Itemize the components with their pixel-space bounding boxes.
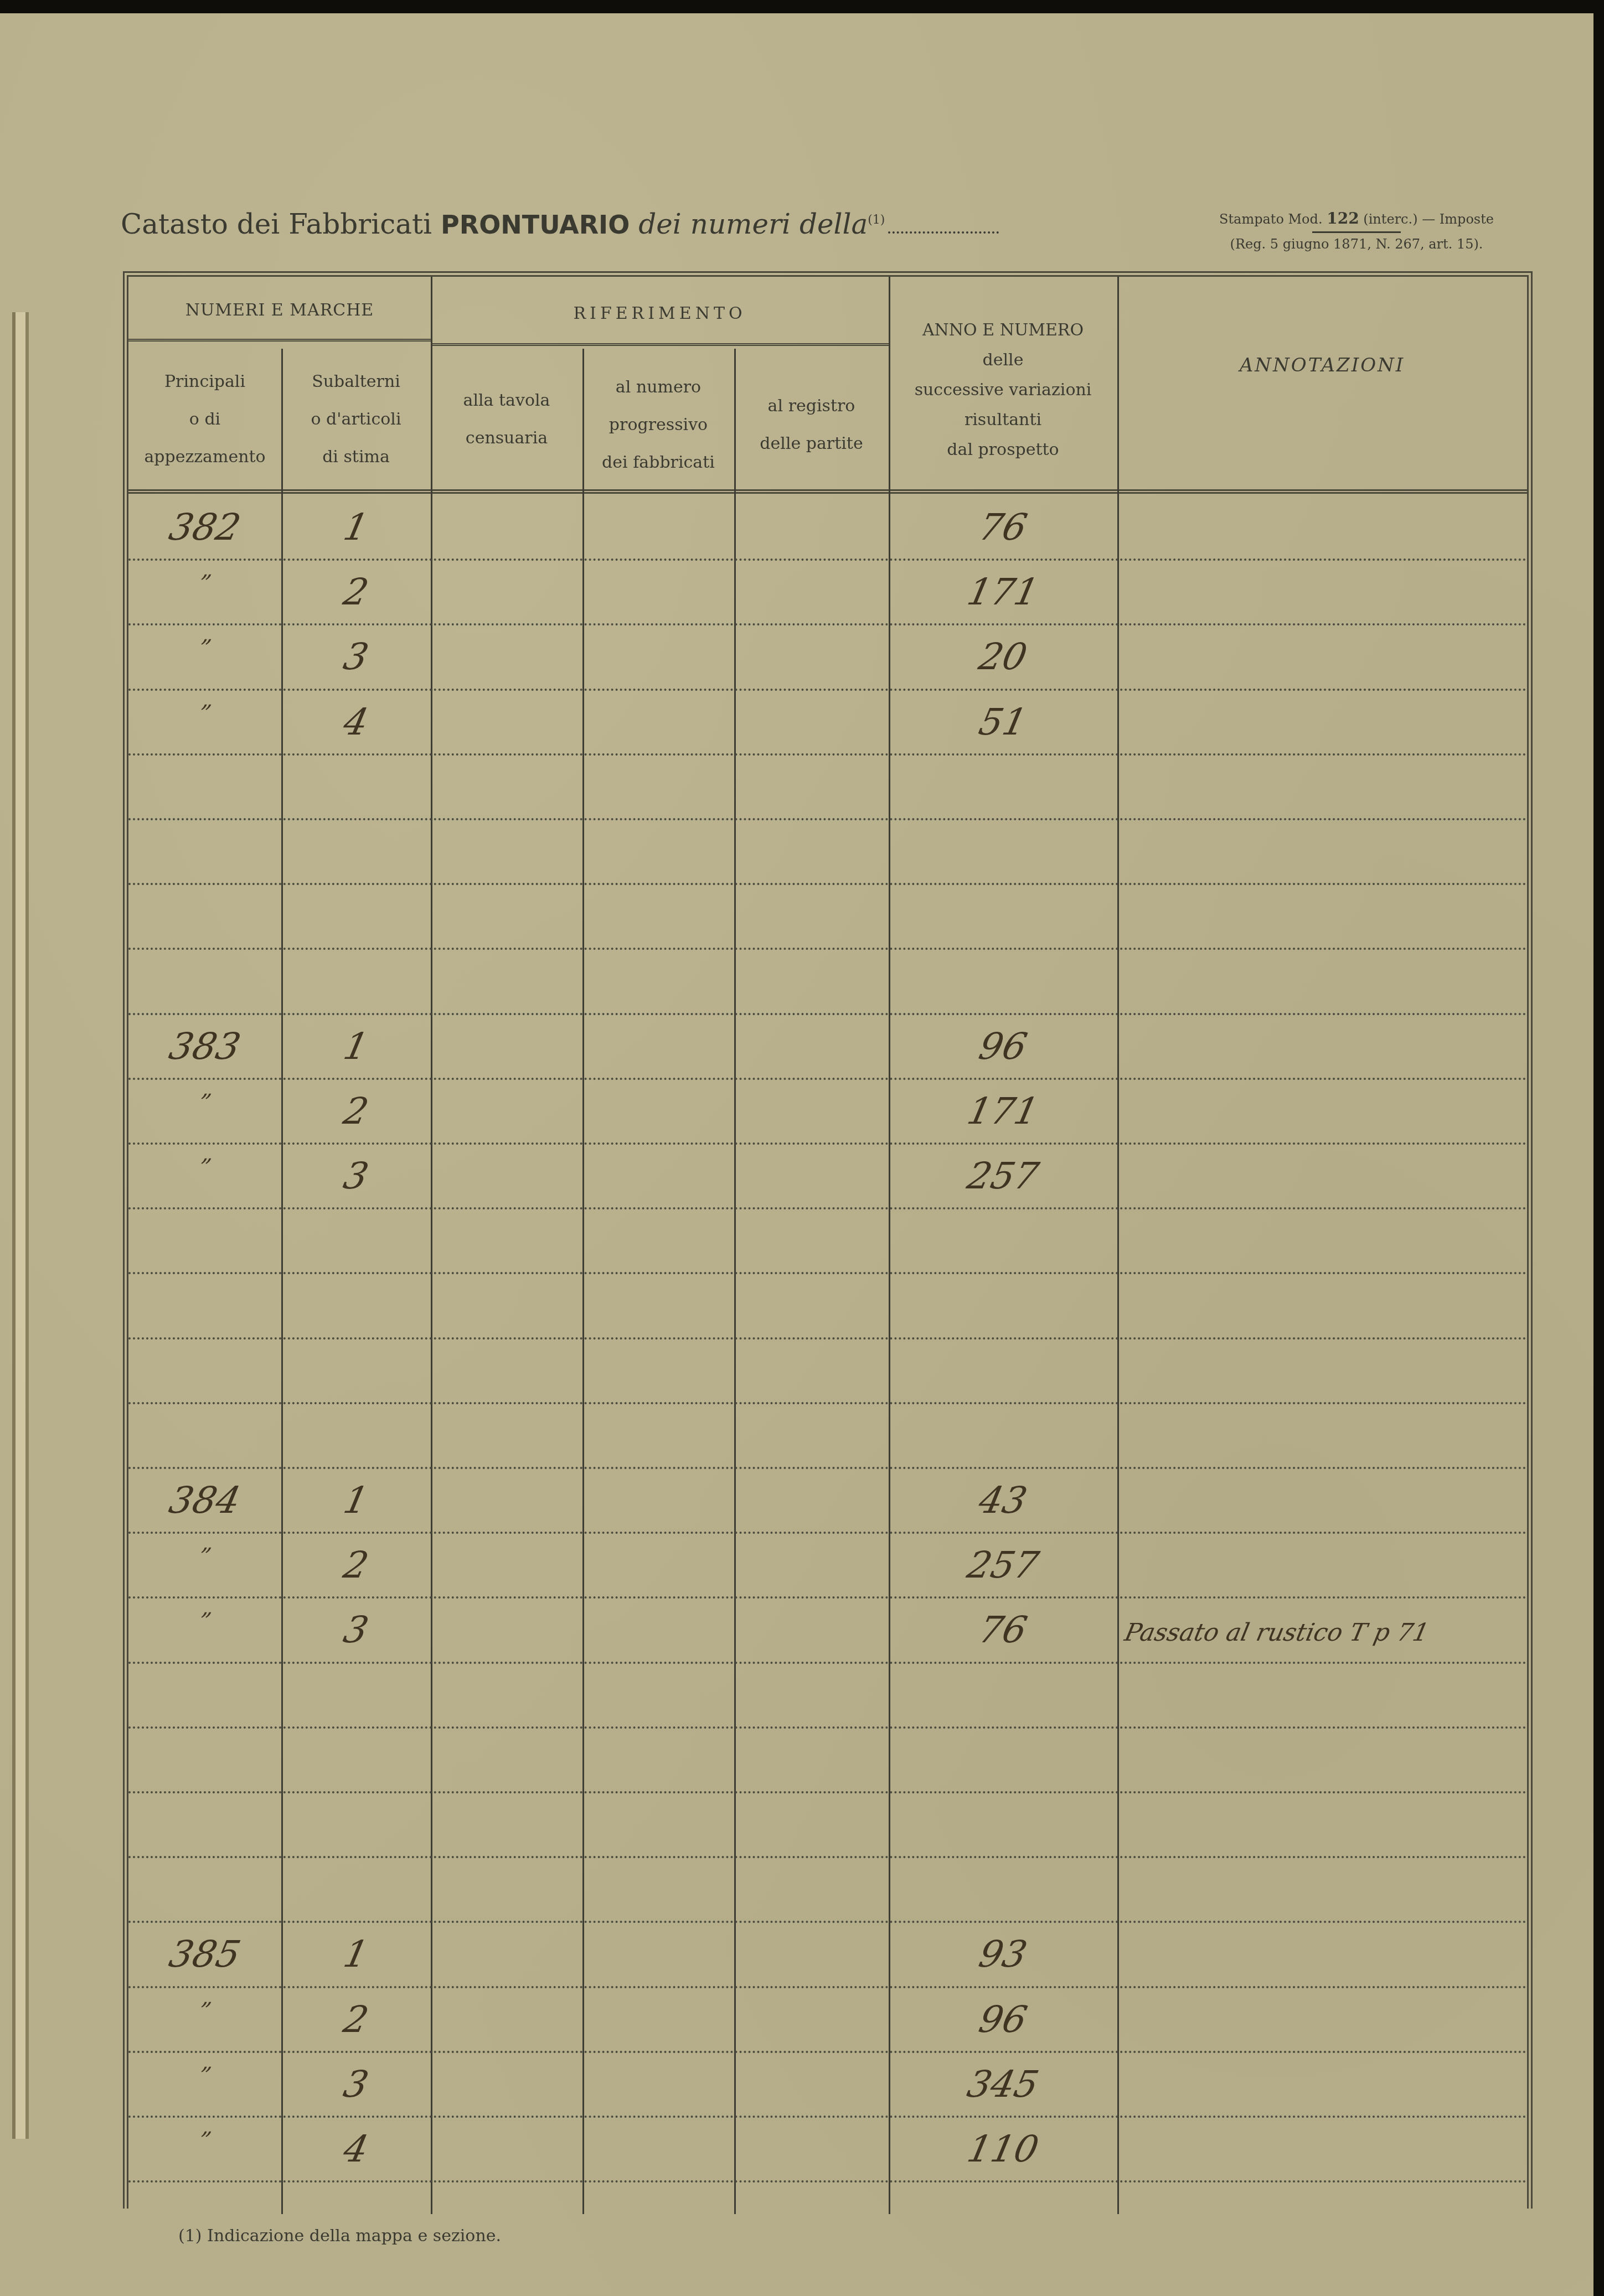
row-rule (128, 1272, 1527, 1274)
cell-subalterno: 4 (277, 2128, 435, 2170)
row-rule (128, 1986, 1527, 1988)
row-rule (128, 2116, 1527, 2118)
col-divider (582, 349, 584, 2214)
cell-principale: 383 (124, 1025, 286, 1068)
col-header-line: successive variazioni (915, 375, 1092, 405)
col-header-line: risultanti (965, 405, 1041, 435)
col-header-tavola-censuaria: alla tavola censuaria (431, 349, 582, 490)
cell-principale: ” (126, 1090, 284, 1115)
row-rule (128, 1726, 1527, 1729)
cell-variazione: 43 (884, 1479, 1122, 1522)
col-header-anno-e-numero: ANNO E NUMERO delle successive variazion… (889, 288, 1117, 493)
row-rule (128, 1791, 1527, 1793)
cell-principale: 382 (124, 506, 286, 549)
col-header-line: progressivo (609, 406, 708, 444)
row-rule (128, 1856, 1527, 1858)
row-rule (128, 2180, 1527, 2183)
cell-principale: ” (126, 2128, 284, 2153)
cell-principale: 384 (124, 1479, 286, 1522)
col-header-line: Principali (164, 363, 245, 401)
row-rule (128, 1596, 1527, 1599)
cell-subalterno: 3 (277, 1609, 435, 1651)
col-header-line: al numero (616, 369, 701, 406)
col-header-numero-progressivo: al numero progressivo dei fabbricati (582, 354, 734, 495)
row-rule (128, 818, 1527, 820)
col-header-line: di stima (322, 438, 390, 476)
cell-principale: ” (126, 1609, 284, 1634)
col-header-subalterni: Subalterni o d'articoli di stima (281, 349, 431, 490)
cell-principale: ” (126, 635, 284, 661)
cell-variazione: 110 (884, 2128, 1122, 2170)
cell-subalterno: 2 (277, 1998, 435, 2041)
cell-subalterno: 1 (277, 1933, 435, 1976)
row-rule (128, 1467, 1527, 1469)
title-bold: PRONTUARIO (441, 210, 630, 240)
row-rule (128, 1532, 1527, 1534)
cell-subalterno: 4 (277, 701, 435, 743)
row-rule (128, 623, 1527, 625)
row-rule (128, 1207, 1527, 1209)
cell-subalterno: 3 (277, 2063, 435, 2106)
cell-principale: ” (126, 571, 284, 596)
cell-subalterno: 1 (277, 1025, 435, 1068)
col-header-line: delle (983, 345, 1024, 375)
cell-subalterno: 1 (277, 506, 435, 549)
cell-principale: ” (126, 2063, 284, 2088)
row-rule (128, 1078, 1527, 1080)
col-header-line: dal prospetto (947, 435, 1059, 465)
row-rule (128, 689, 1527, 691)
row-rule (128, 753, 1527, 756)
cell-principale: ” (126, 1544, 284, 1569)
row-rule (128, 559, 1527, 561)
row-rule (128, 948, 1527, 950)
title-blank-field (888, 231, 999, 234)
col-header-annotazioni: ANNOTAZIONI (1117, 288, 1527, 443)
row-rule (128, 1402, 1527, 1404)
cell-principale: 385 (124, 1933, 286, 1976)
cell-subalterno: 3 (277, 1155, 435, 1197)
col-header-line: alla tavola (463, 382, 550, 420)
col-header-line: ANNO E NUMERO (922, 316, 1084, 345)
cell-subalterno: 1 (277, 1479, 435, 1522)
footnote: (1) Indicazione della mappa e sezione. (178, 2226, 501, 2246)
row-rule (128, 883, 1527, 885)
stamp-line-2: (Reg. 5 giugno 1871, N. 267, art. 15). (1196, 234, 1517, 254)
stamp-label: Stampato Mod. (1219, 211, 1323, 227)
cell-variazione: 76 (884, 1609, 1122, 1651)
cell-variazione: 257 (884, 1544, 1122, 1586)
cell-subalterno: 2 (277, 571, 435, 613)
stamp-suffix: (interc.) — Imposte (1363, 211, 1494, 227)
row-rule (128, 1337, 1527, 1340)
title-prefix: Catasto dei Fabbricati (121, 208, 432, 240)
col-header-line: o d'articoli (311, 401, 401, 438)
cell-variazione: 345 (884, 2063, 1122, 2106)
cell-subalterno: 2 (277, 1090, 435, 1133)
col-divider (431, 277, 432, 2214)
page-title: Catasto dei Fabbricati PRONTUARIO dei nu… (121, 208, 999, 240)
row-rule (128, 2051, 1527, 2053)
cell-variazione: 171 (884, 1090, 1122, 1133)
stamp-line-1: Stampato Mod. 122 (interc.) — Imposte (1196, 207, 1517, 230)
col-divider (734, 349, 736, 2214)
form-stamp: Stampato Mod. 122 (interc.) — Imposte (R… (1196, 207, 1517, 254)
cell-variazione: 51 (884, 701, 1122, 743)
binding-stitch (12, 312, 29, 2139)
col-header-line: delle partite (760, 425, 863, 463)
col-divider (1117, 277, 1119, 2214)
cell-principale: ” (126, 701, 284, 726)
header-rule-left (128, 339, 431, 342)
header-rule-middle (431, 343, 889, 346)
stamp-model-number: 122 (1327, 209, 1359, 227)
col-header-line: appezzamento (144, 438, 265, 476)
register-page: Catasto dei Fabbricati PRONTUARIO dei nu… (0, 13, 1593, 2296)
cell-variazione: 96 (884, 1998, 1122, 2041)
cell-variazione: 171 (884, 571, 1122, 613)
cell-variazione: 96 (884, 1025, 1122, 1068)
col-header-line: Subalterni (312, 363, 400, 401)
row-rule (128, 1013, 1527, 1015)
cell-annotazione: Passato al rustico T p 71 (1122, 1618, 1549, 1647)
col-header-registro-partite: al registro delle partite (734, 354, 889, 495)
title-italic: dei numeri della (638, 208, 868, 240)
cell-variazione: 76 (884, 506, 1122, 549)
cell-principale: ” (126, 1155, 284, 1180)
col-divider (889, 277, 890, 2214)
group-header-riferimento: RIFERIMENTO (431, 286, 889, 341)
header-bottom-rule (128, 489, 1527, 494)
row-rule (128, 1142, 1527, 1145)
title-footnote-ref: (1) (868, 213, 885, 227)
group-header-numeri-e-marche: NUMERI E MARCHE (128, 282, 431, 338)
col-header-line: censuaria (466, 420, 548, 457)
col-header-line: dei fabbricati (602, 444, 715, 482)
cell-subalterno: 3 (277, 635, 435, 678)
row-rule (128, 1662, 1527, 1664)
col-header-line: o di (189, 401, 220, 438)
col-header-principali: Principali o di appezzamento (128, 349, 281, 490)
row-rule (128, 1921, 1527, 1923)
col-header-line: al registro (768, 387, 855, 425)
cell-principale: ” (126, 1998, 284, 2024)
register-table: NUMERI E MARCHE RIFERIMENTO Principali o… (123, 271, 1533, 2209)
cell-variazione: 20 (884, 635, 1122, 678)
cell-subalterno: 2 (277, 1544, 435, 1586)
cell-variazione: 93 (884, 1933, 1122, 1976)
cell-variazione: 257 (884, 1155, 1122, 1197)
stamp-rule (1312, 231, 1401, 233)
